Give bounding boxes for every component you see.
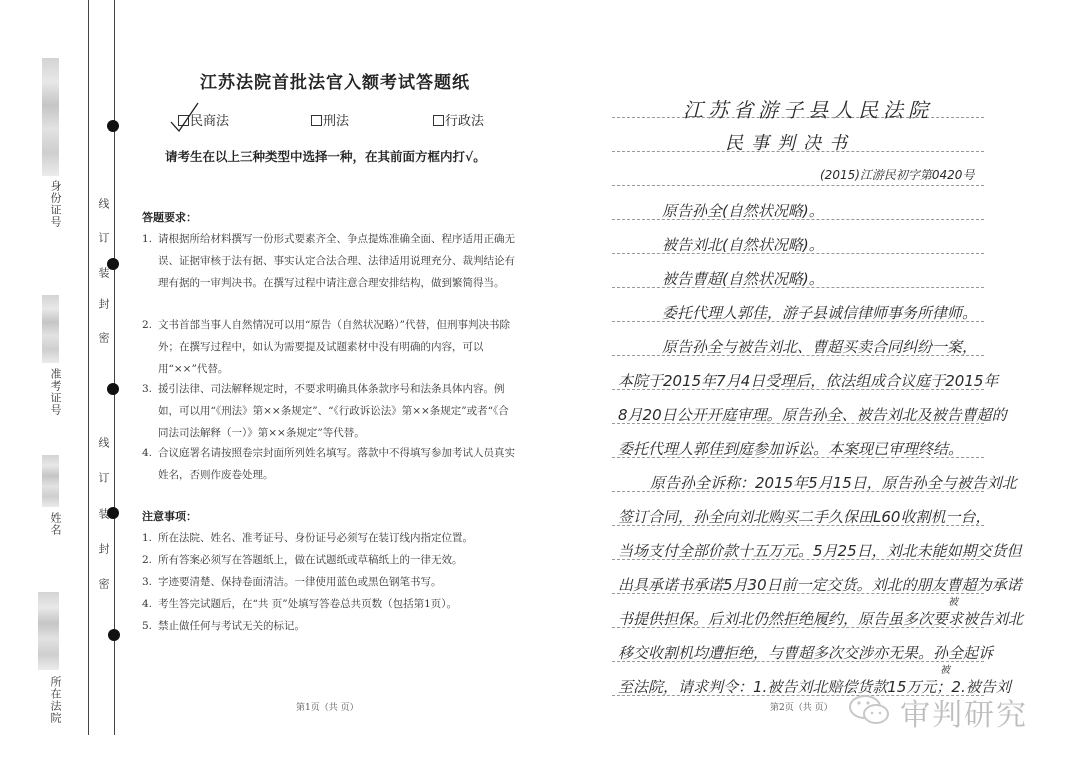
checkbox[interactable] [433,115,444,126]
seal-char: 封 [95,543,111,555]
note-item: 3. 字迹要清楚、保持卷面清洁。一律使用蓝色或黑色钢笔书写。 [142,571,517,593]
note-item: 5. 禁止做任何与考试无关的标记。 [142,615,517,637]
note-item: 2. 所有答案必须写在答题纸上，做在试题纸或草稿纸上的一律无效。 [142,549,517,571]
binding-hole [107,120,119,132]
requirement-item: 4. 合议庭署名请按照卷宗封面所列姓名填写。落款中不得填写参加考试人员真实姓名，… [142,442,517,486]
body-line: 出具承诺书承诺5月30日前一定交货。刘北的朋友曹超为承诺 [618,574,1022,595]
ruled-line [612,185,984,186]
insertion-mark: 被 [948,593,958,608]
binding-hole [107,383,119,395]
name-label: 姓名 [47,512,63,536]
page-number-right: 第2页（共 页） [770,700,833,713]
selection-instruction: 请考生在以上三种类型中选择一种，在其前面方框内打√。 [165,147,486,165]
checkbox[interactable] [311,115,322,126]
id-number-label: 身份证号 [47,180,63,228]
seal-char: 密 [95,578,111,590]
body-line: 签订合同，孙全向刘北购买二手久保田L60收割机一台， [618,506,990,527]
body-line: 委托代理人郭佳到庭参加诉讼。本案现已审理终结。 [618,438,963,459]
body-line: 原告孙全与被告刘北、曹超买卖合同纠纷一案， [662,336,977,357]
note-item: 1. 所在法院、姓名、准考证号、身份证号必须写在装订线内指定位置。 [142,527,517,549]
name-field-redacted [42,455,59,507]
note-item: 4. 考生答完试题后，在“共 页”处填写答卷总共页数（包括第1页）。 [142,593,517,615]
seal-char: 装 [95,267,111,279]
body-line: 本院于2015年7月4日受理后，依法组成合议庭于2015年 [618,370,998,391]
party-defendant-1: 被告刘北(自然状况略)。 [662,234,824,255]
seal-char: 线 [95,198,111,210]
watermark-text: 审判研究 [900,690,1028,734]
insertion-mark: 被 [940,661,950,676]
page-title: 江苏法院首批法官入额考试答题纸 [200,68,470,93]
binding-line-outer [88,0,89,735]
seal-char: 订 [95,232,111,244]
party-plaintiff: 原告孙全(自然状况略)。 [662,200,824,221]
requirement-item: 3. 援引法律、司法解释规定时，不要求明确具体条款序号和法条具体内容。例如，可以… [142,378,517,444]
id-number-field-redacted [42,58,59,176]
case-number: (2015)江游民初字第0420号 [820,166,974,183]
judgment-doc-type: 民事判决书 [725,129,855,155]
seal-char: 订 [95,472,111,484]
court-field-redacted [38,592,59,670]
seal-char: 线 [95,437,111,449]
body-line: 原告孙全诉称：2015年5月15日，原告孙全与被告刘北 [650,472,1017,493]
check-mark-icon [168,100,208,134]
requirements-heading: 答题要求： [142,209,197,225]
requirement-item: 2. 文书首部当事人自然情况可以用“原告（自然状况略）”代替，但刑事判决书除外；… [142,314,517,380]
exam-number-label: 准考证号 [47,368,63,416]
wechat-icon [848,694,892,728]
page-number-left: 第1页（共 页） [296,700,359,713]
party-defendant-2: 被告曹超(自然状况略)。 [662,268,824,289]
seal-char: 密 [95,332,111,344]
party-agent: 委托代理人郭佳，游子县诚信律师事务所律师。 [662,302,977,323]
seal-char: 封 [95,298,111,310]
body-line: 当场支付全部价款十五万元。5月25日，刘北未能如期交货但 [618,540,1022,561]
binding-hole [108,629,120,641]
notes-heading: 注意事项： [142,508,197,524]
option-criminal-law[interactable]: 刑法 [311,110,349,129]
seal-char: 装 [95,508,111,520]
judgment-court-name: 江苏省游子县人民法院 [683,94,933,123]
requirement-item: 1. 请根据所给材料撰写一份形式要素齐全、争点提炼准确全面、程序适用正确无误、证… [142,228,517,294]
binding-line-inner [114,0,115,735]
court-label: 所在法院 [47,676,63,724]
body-line: 8月20日公开开庭审理。原告孙全、被告刘北及被告曹超的 [618,404,1007,425]
body-line: 移交收割机均遭拒绝，与曹超多次交涉亦无果。孙全起诉 [618,642,993,663]
exam-number-field-redacted [42,295,59,363]
option-administrative-law[interactable]: 行政法 [433,110,484,129]
body-line: 书提供担保。后刘北仍然拒绝履约，原告虽多次要求被告刘北 [618,608,1023,629]
